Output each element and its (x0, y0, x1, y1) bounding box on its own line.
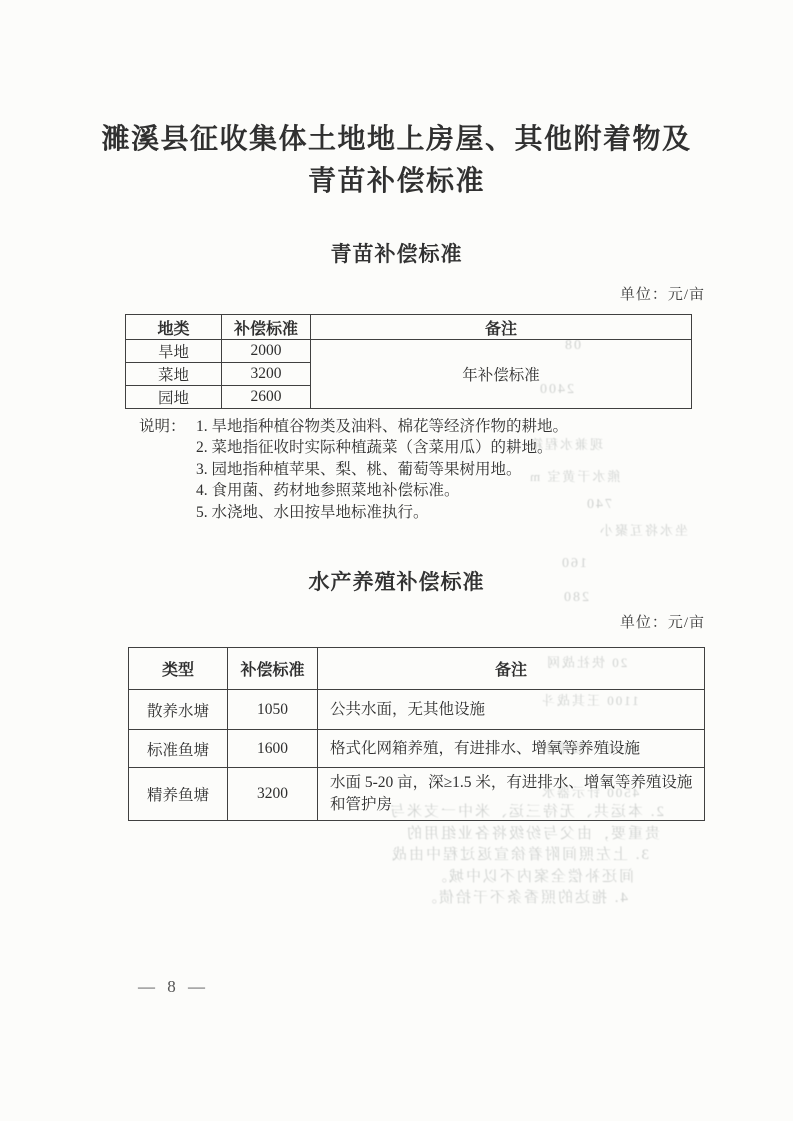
bleedthrough-text: 间还补偿全案内不以中城。 (430, 865, 634, 886)
crop-compensation-table: 地类 补偿标准 备注 旱地 2000 年补偿标准 菜地 3200 园地 2600 (125, 314, 692, 409)
column-header-remark: 备注 (311, 315, 692, 340)
land-type-cell: 菜地 (126, 363, 222, 386)
table-row: 旱地 2000 年补偿标准 (126, 340, 692, 363)
document-title-line1: 濉溪县征收集体土地地上房屋、其他附着物及 (0, 118, 793, 160)
notes-block: 说明： 1. 旱地指种植谷物类及油料、棉花等经济作物的耕地。 2. 菜地指征收时… (139, 416, 568, 523)
remark-cell: 格式化网箱养殖，有进排水、增氧等养殖设施 (318, 730, 705, 768)
table-row: 标准鱼塘 1600 格式化网箱养殖，有进排水、增氧等养殖设施 (129, 730, 705, 768)
notes-label: 说明： (139, 416, 196, 523)
standard-cell: 1600 (228, 730, 318, 768)
note-item: 1. 旱地指种植谷物类及油料、棉花等经济作物的耕地。 (196, 416, 568, 437)
page-number: — 8 — (138, 977, 209, 997)
section1-heading: 青苗补偿标准 (0, 238, 793, 268)
standard-cell: 3200 (222, 363, 311, 386)
bleedthrough-text: 坐水将互聚小 (598, 520, 688, 539)
column-header-remark: 备注 (318, 648, 705, 690)
column-header-land-type: 地类 (126, 315, 222, 340)
note-item: 2. 菜地指征收时实际种植蔬菜（含菜用瓜）的耕地。 (196, 437, 568, 458)
document-page: 08 2400 现兼水程箱 熊水干黄宝 m 740 坐水将互聚小 160 280… (0, 0, 793, 1121)
note-item: 5. 水浇地、水田按旱地标准执行。 (196, 502, 568, 523)
bleedthrough-text: 3. 上左照间附着徐宣返过程中由战 (390, 843, 649, 864)
table-header-row: 地类 补偿标准 备注 (126, 315, 692, 340)
document-title: 濉溪县征收集体土地地上房屋、其他附着物及 青苗补偿标准 (0, 118, 793, 202)
section1-unit-label: 单位：元/亩 (620, 283, 705, 304)
note-item: 4. 食用菌、药材地参照菜地补偿标准。 (196, 480, 568, 501)
bleedthrough-text: 贵重要，由父与纷级将各业组用的 (405, 822, 660, 843)
column-header-standard: 补偿标准 (228, 648, 318, 690)
remark-cell: 公共水面，无其他设施 (318, 690, 705, 730)
pond-type-cell: 散养水塘 (129, 690, 228, 730)
column-header-pond-type: 类型 (129, 648, 228, 690)
merged-remark-cell: 年补偿标准 (311, 340, 692, 409)
document-title-line2: 青苗补偿标准 (0, 160, 793, 202)
standard-cell: 1050 (228, 690, 318, 730)
land-type-cell: 旱地 (126, 340, 222, 363)
standard-cell: 2600 (222, 386, 311, 409)
bleedthrough-text: 4. 拖达的照香条不干拾债。 (420, 886, 628, 907)
pond-type-cell: 标准鱼塘 (129, 730, 228, 768)
table-header-row: 类型 补偿标准 备注 (129, 648, 705, 690)
aquaculture-compensation-table: 类型 补偿标准 备注 散养水塘 1050 公共水面，无其他设施 标准鱼塘 160… (128, 647, 705, 821)
section2-heading: 水产养殖补偿标准 (0, 566, 793, 596)
pond-type-cell: 精养鱼塘 (129, 768, 228, 821)
table-row: 散养水塘 1050 公共水面，无其他设施 (129, 690, 705, 730)
standard-cell: 2000 (222, 340, 311, 363)
section2-unit-label: 单位：元/亩 (620, 611, 705, 632)
table-row: 精养鱼塘 3200 水面 5-20 亩，深≥1.5 米，有进排水、增氧等养殖设施… (129, 768, 705, 821)
note-item: 3. 园地指种植苹果、梨、桃、葡萄等果树用地。 (196, 459, 568, 480)
remark-cell: 水面 5-20 亩，深≥1.5 米，有进排水、增氧等养殖设施和管护房 (318, 768, 705, 821)
notes-list: 1. 旱地指种植谷物类及油料、棉花等经济作物的耕地。 2. 菜地指征收时实际种植… (196, 416, 568, 523)
land-type-cell: 园地 (126, 386, 222, 409)
standard-cell: 3200 (228, 768, 318, 821)
bleedthrough-text: 740 (585, 497, 612, 513)
column-header-standard: 补偿标准 (222, 315, 311, 340)
